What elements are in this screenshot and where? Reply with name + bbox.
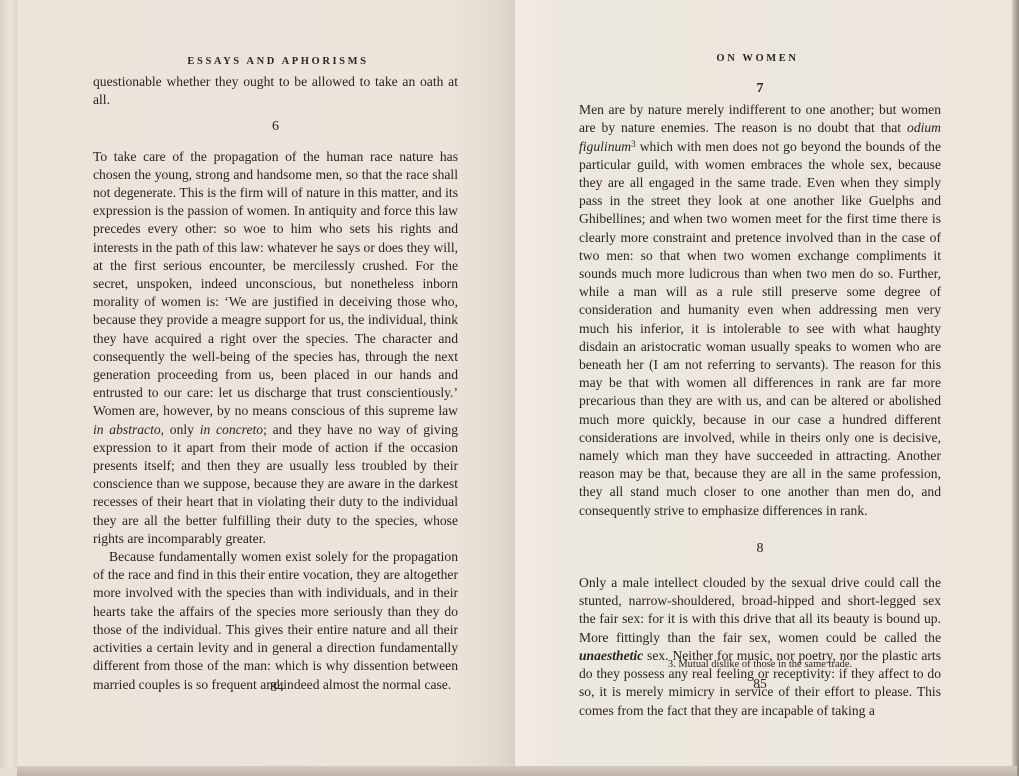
italic-text: in abstracto [93, 422, 161, 437]
page-number-right: 85 [740, 676, 780, 692]
text-run: , only [161, 422, 200, 437]
left-text-block: questionable whether they ought to be al… [93, 73, 458, 694]
footnote: 3. Mutual dislike of those in the same t… [579, 659, 941, 670]
running-head-left: ESSAYS AND APHORISMS [17, 56, 493, 67]
paragraph: Only a male intellect clouded by the sex… [579, 574, 941, 720]
right-page: ON WOMEN 7 Men are by nature merely indi… [515, 0, 1012, 766]
text-run: Men are by nature merely indifferent to … [579, 102, 941, 135]
paragraph: Because fundamentally women exist solely… [93, 548, 458, 694]
page-number-left: 84 [257, 679, 297, 695]
paragraph: To take care of the propagation of the h… [93, 148, 458, 548]
text-run: ; and they have no way of giving express… [93, 422, 458, 546]
right-text-block: 7 Men are by nature merely indifferent t… [579, 80, 941, 720]
page-edge-left [0, 0, 18, 768]
paragraph: Men are by nature merely indifferent to … [579, 101, 941, 520]
text-run: To take care of the propagation of the h… [93, 149, 458, 419]
italic-text: in concreto [200, 422, 263, 437]
page-edge-bottom [17, 766, 1017, 776]
continued-paragraph: questionable whether they ought to be al… [93, 73, 458, 109]
section-number-7: 7 [579, 80, 941, 98]
text-run: which with men does not go beyond the bo… [579, 139, 941, 518]
running-head-right: ON WOMEN [515, 53, 1000, 64]
text-run: Only a male intellect clouded by the sex… [579, 575, 941, 645]
left-page: ESSAYS AND APHORISMS questionable whethe… [17, 0, 515, 766]
book-spread: ESSAYS AND APHORISMS questionable whethe… [0, 0, 1019, 776]
section-number-6: 6 [93, 118, 458, 136]
section-number-8: 8 [579, 540, 941, 558]
page-edge-right [1012, 0, 1019, 776]
